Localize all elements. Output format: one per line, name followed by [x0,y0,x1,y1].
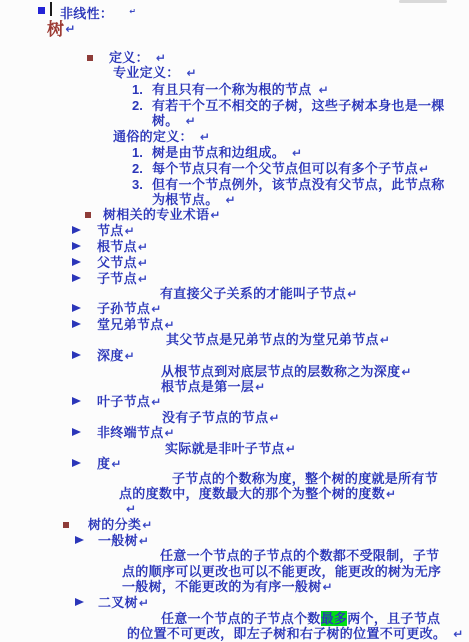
general-tree-note-1[interactable]: 任意一个节点的子节点的个数都不受限制，子节 [160,548,439,563]
pop-def-item-3[interactable]: 但有一个节点例外，该节点没有父节点，此节点称 [152,177,445,192]
square-bullet-icon [63,522,69,528]
popular-definition-label[interactable]: 通俗的定义：↵ [113,129,210,145]
arrow-bullet-icon [72,320,81,328]
term-depth[interactable]: 深度↵ [97,348,135,364]
paragraph-mark: ↵ [226,193,236,207]
term-descendant-node[interactable]: 子孙节点↵ [97,301,161,317]
text-run: 两个，且子节点 [347,611,440,626]
tree-title[interactable]: 树↵ [47,20,75,39]
list-number: 1. [132,82,143,97]
paragraph-mark: ↵ [138,272,148,286]
document-page[interactable]: 非线性：↵树↵定义：↵专业定义：↵1.有且只有一个称为根的节点↵2.有若干个互不… [0,0,469,642]
paragraph-mark: ↵ [200,130,210,144]
degree-note-1[interactable]: 子节点的个数称为度，整个树的度就是所有节 [172,471,438,486]
arrow-bullet-icon [72,304,81,312]
depth-note-2[interactable]: 根节点是第一层↵ [161,379,265,395]
paragraph-mark: ↵ [419,162,429,176]
arrow-bullet-icon [72,274,81,282]
arrow-bullet-icon [72,258,81,266]
paragraph-mark: ↵ [186,114,196,128]
pop-def-item-2[interactable]: 每个节点只有一个父节点但可以有多个子节点↵ [152,161,429,177]
paragraph-mark: ↵ [126,502,136,516]
arrow-bullet-icon [72,428,81,436]
non-terminal-note[interactable]: 实际就是非叶子节点↵ [165,441,296,457]
paragraph-mark: ↵ [151,395,161,409]
paragraph-mark: ↵ [129,7,136,16]
general-tree-note-3[interactable]: 一般树，不能更改的为有序一般树↵ [122,579,333,595]
binary-tree-note-2[interactable]: 的位置不可更改，即左子树和右子树的位置不可更改。↵ [127,626,463,642]
paragraph-mark: ↵ [292,146,302,160]
paragraph-mark: ↵ [111,457,121,471]
depth-note-1[interactable]: 从根节点到对底层节点的层数称之为深度↵ [161,364,411,380]
classification-heading[interactable]: 树的分类↵ [88,517,152,533]
paragraph-mark: ↵ [210,208,220,222]
arrow-bullet-icon [72,351,81,359]
term-parent-node[interactable]: 父节点↵ [97,255,148,271]
professional-definition-label[interactable]: 专业定义：↵ [113,65,197,81]
paragraph-mark: ↵ [156,51,166,65]
paragraph-mark: ↵ [380,333,390,347]
paragraph-mark: ↵ [453,627,463,641]
paragraph-mark: ↵ [165,426,175,440]
empty-paragraph[interactable]: ↵ [125,501,136,517]
binary-tree-note-1[interactable]: 任意一个节点的子节点个数最多两个，且子节点 [161,611,440,626]
arrow-bullet-icon [72,397,81,405]
paragraph-mark: ↵ [165,318,175,332]
term-leaf-node[interactable]: 叶子节点↵ [97,394,161,410]
list-number: 1. [132,145,143,160]
terminology-heading[interactable]: 树相关的专业术语↵ [103,207,220,223]
general-tree[interactable]: 一般树↵ [98,533,149,549]
paragraph-mark: ↵ [269,411,279,425]
paragraph-mark: ↵ [286,442,296,456]
paragraph-mark: ↵ [125,224,135,238]
leaf-node-note[interactable]: 没有子节点的节点↵ [162,410,279,426]
paragraph-mark: ↵ [139,534,149,548]
term-degree[interactable]: 度↵ [97,456,121,472]
cousin-node-note[interactable]: 其父节点是兄弟节点的为堂兄弟节点↵ [166,332,390,348]
paragraph-mark: ↵ [386,487,396,501]
pop-def-item-3-wrap[interactable]: 为根节点。↵ [152,192,236,208]
term-root-node[interactable]: 根节点↵ [97,239,148,255]
text-cursor [50,2,52,16]
arrow-bullet-icon [75,598,84,606]
arrow-bullet-icon [75,536,84,544]
binary-tree[interactable]: 二叉树↵ [98,595,149,611]
paragraph-mark: ↵ [347,287,357,301]
square-bullet-icon [38,7,45,14]
paragraph-mark: ↵ [125,349,135,363]
child-node-note[interactable]: 有直接父子关系的才能叫子节点↵ [160,286,357,302]
paragraph-mark: ↵ [187,66,197,80]
prof-def-item-1[interactable]: 有且只有一个称为根的节点↵ [152,82,329,98]
prof-def-item-2-wrap[interactable]: 树。↵ [152,113,196,129]
term-child-node[interactable]: 子节点↵ [97,271,148,287]
text-run: 任意一个节点的子节点个数 [161,611,321,626]
paragraph-mark: ↵ [142,518,152,532]
paragraph-mark: ↵ [255,380,265,394]
list-number: 2. [132,98,143,113]
highlighted-text: 最多 [321,611,348,626]
arrow-bullet-icon [72,226,81,234]
paragraph-mark: ↵ [138,240,148,254]
term-cousin-node[interactable]: 堂兄弟节点↵ [97,317,175,333]
paragraph-mark: ↵ [319,83,329,97]
definition-heading[interactable]: 定义：↵ [109,50,166,66]
arrow-bullet-icon [72,242,81,250]
term-non-terminal-node[interactable]: 非终端节点↵ [97,425,175,441]
nonlinear-heading[interactable]: 非线性：↵ [60,4,136,21]
pop-def-item-1[interactable]: 树是由节点和边组成。↵ [152,145,302,161]
paragraph-mark: ↵ [323,580,333,594]
degree-note-2[interactable]: 点的度数中，度数最大的那个为整个树的度数↵ [119,486,396,502]
general-tree-note-2[interactable]: 点的顺序可以更改也可以不能更改，能更改的树为无序 [122,564,441,579]
paragraph-mark: ↵ [65,22,75,36]
square-bullet-icon [85,212,91,218]
list-number: 3. [132,177,143,192]
paragraph-mark: ↵ [138,256,148,270]
top-right-partial-element [399,0,447,3]
paragraph-mark: ↵ [151,302,161,316]
square-bullet-icon [87,55,93,61]
prof-def-item-2[interactable]: 有若干个互不相交的子树，这些子树本身也是一棵 [152,98,445,113]
list-number: 2. [132,161,143,176]
paragraph-mark: ↵ [139,596,149,610]
paragraph-mark: ↵ [401,365,411,379]
term-node[interactable]: 节点↵ [97,223,135,239]
arrow-bullet-icon [72,459,81,467]
